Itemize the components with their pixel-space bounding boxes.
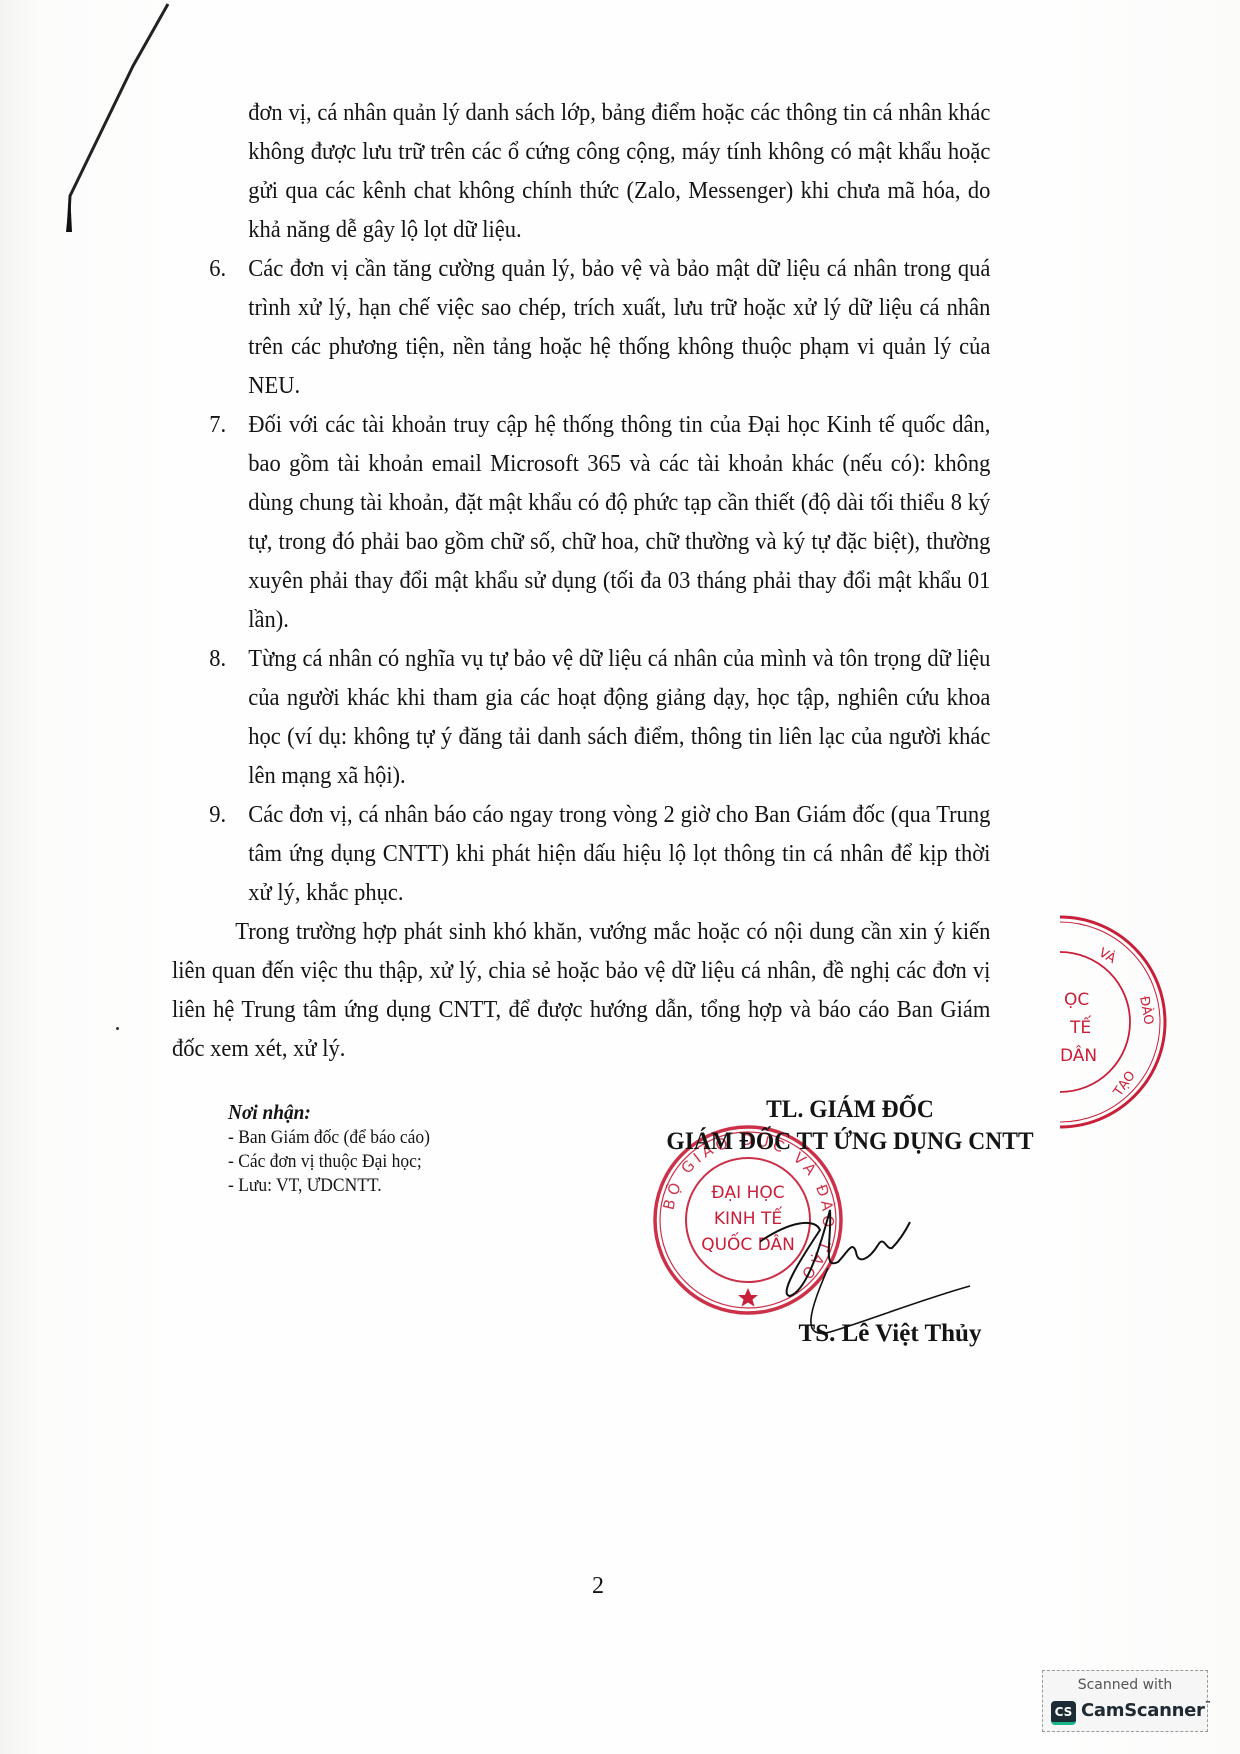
text-line: đơn vị, cá nhân quản lý danh sách lớp, b… [172, 93, 990, 132]
document-body: đơn vị, cá nhân quản lý danh sách lớp, b… [172, 93, 990, 1092]
camscanner-watermark: Scanned with CS CamScanner™ [1042, 1670, 1208, 1732]
list-item-9: 9. Các đơn vị, cá nhân báo cáo ngay tron… [172, 795, 990, 912]
list-number: 8. [209, 639, 226, 678]
list-text: Các đơn vị, cá nhân báo cáo ngay trong v… [248, 801, 990, 906]
signature-block: TL. GIÁM ĐỐC GIÁM ĐỐC TT ỨNG DỤNG CNTT T… [640, 1094, 1060, 1158]
watermark-caption: Scanned with [1043, 1677, 1207, 1693]
list-item-6: 6. Các đơn vị cần tăng cường quản lý, bả… [172, 249, 990, 405]
handwritten-signature-icon [760, 1200, 1000, 1340]
list-number: 7. [209, 405, 226, 444]
seal-fragment: ỌC [1064, 990, 1089, 1010]
partial-seal-icon: ỌC TẾ DÂN VÀ ĐÀO TẠO [1060, 915, 1240, 1130]
recipient-line: - Các đơn vị thuộc Đại học; [228, 1150, 541, 1174]
seal-fragment: ĐÀO [1136, 995, 1157, 1026]
list-number: 6. [209, 249, 226, 288]
scan-crease-line [0, 0, 200, 240]
text-line: gửi qua các kênh chat không chính thức (… [172, 171, 990, 210]
recipient-line: - Ban Giám đốc (để báo cáo) [228, 1126, 541, 1150]
signature-title-1: TL. GIÁM ĐỐC [653, 1094, 1048, 1126]
list-text: Các đơn vị cần tăng cường quản lý, bảo v… [248, 255, 990, 399]
list-item-8: 8. Từng cá nhân có nghĩa vụ tự bảo vệ dữ… [172, 639, 990, 795]
signature-title-2: GIÁM ĐỐC TT ỨNG DỤNG CNTT [653, 1126, 1048, 1158]
closing-paragraph: Trong trường hợp phát sinh khó khăn, vướ… [172, 912, 990, 1068]
list-text: Từng cá nhân có nghĩa vụ tự bảo vệ dữ li… [248, 645, 990, 789]
text-line: khả năng dễ gây lộ lọt dữ liệu. [172, 210, 990, 249]
item-5-continuation: đơn vị, cá nhân quản lý danh sách lớp, b… [172, 93, 990, 249]
text-line: không được lưu trữ trên các ổ cứng công … [172, 132, 990, 171]
list-text: Đối với các tài khoản truy cập hệ thống … [248, 411, 990, 633]
list-number: 9. [209, 795, 226, 834]
recipients-title: Nơi nhận: [228, 1098, 541, 1126]
list-item-7: 7. Đối với các tài khoản truy cập hệ thố… [172, 405, 990, 639]
seal-fragment: TẾ [1069, 1014, 1091, 1038]
page-number: 2 [592, 1573, 604, 1600]
scan-speck [116, 1027, 119, 1030]
watermark-brand: CamScanner™ [1081, 1700, 1211, 1721]
recipients-block: Nơi nhận: - Ban Giám đốc (để báo cáo) - … [228, 1098, 541, 1198]
seal-fragment: DÂN [1060, 1044, 1097, 1066]
camscanner-logo-icon: CS [1051, 1701, 1076, 1725]
recipient-line: - Lưu: VT, ƯDCNTT. [228, 1174, 541, 1198]
trademark: ™ [1205, 1700, 1212, 1708]
brand-name: CamScanner [1081, 1700, 1205, 1721]
